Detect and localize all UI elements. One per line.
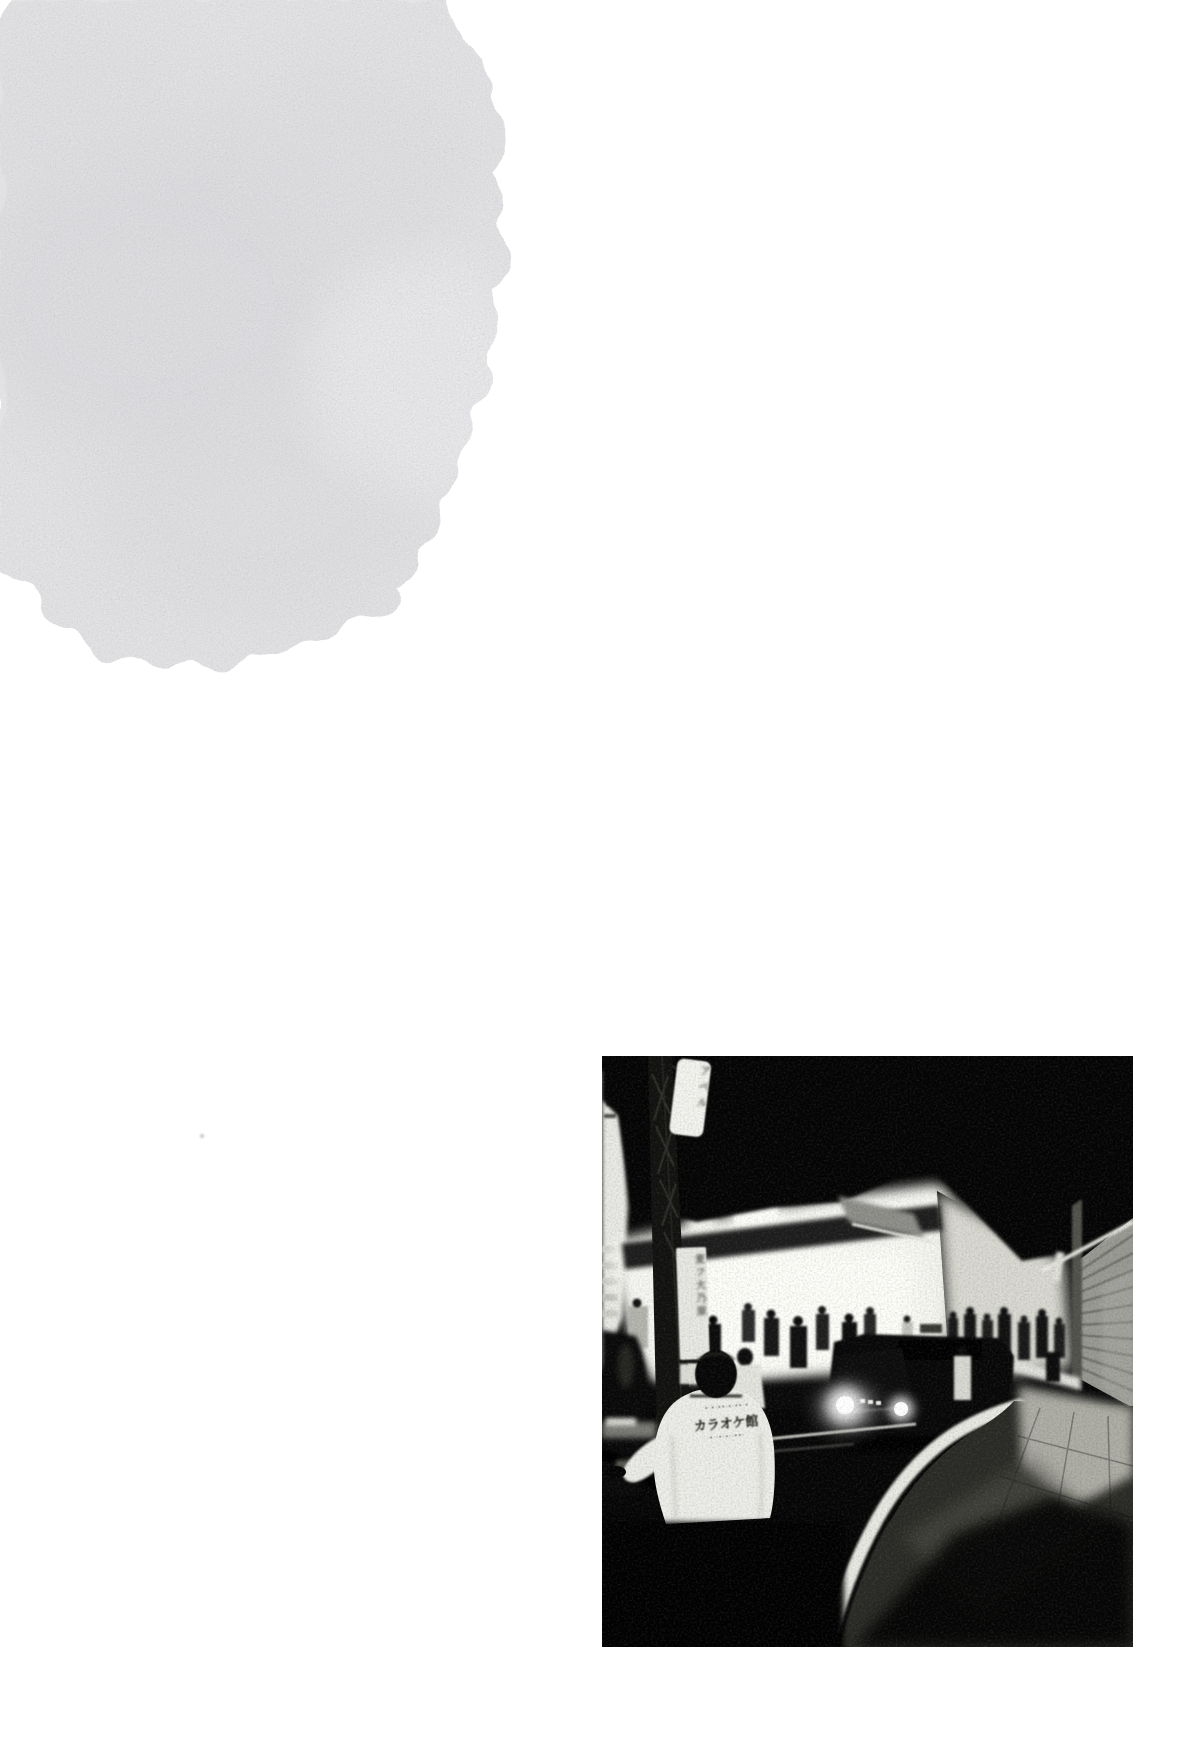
print-speck (200, 1134, 204, 1138)
stain-shape (0, 0, 560, 710)
street-photo: アベル 麦フ大乃原 •·•·••·•·••·• カラオケ館 ·•··•·•··•… (602, 1056, 1133, 1647)
scanned-book-page: { "page": { "background_color": "#ffffff… (0, 0, 1200, 1740)
street-photo-scene (602, 1056, 1133, 1647)
stain-texture (0, 0, 560, 710)
paper-stain (0, 0, 560, 710)
photo-grain (602, 1056, 1133, 1647)
